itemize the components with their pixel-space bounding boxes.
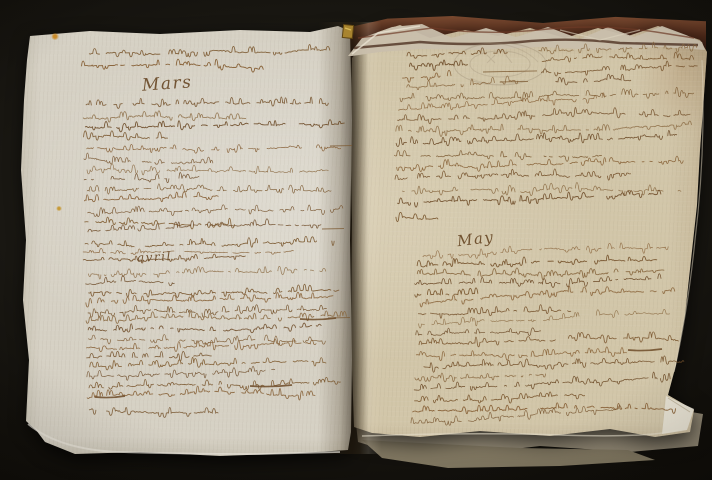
manuscript-photo: Mars avril May bbox=[0, 0, 712, 480]
foxing-spot bbox=[56, 206, 62, 211]
gutter-shadow bbox=[318, 22, 390, 454]
foxing-spot bbox=[51, 33, 59, 40]
